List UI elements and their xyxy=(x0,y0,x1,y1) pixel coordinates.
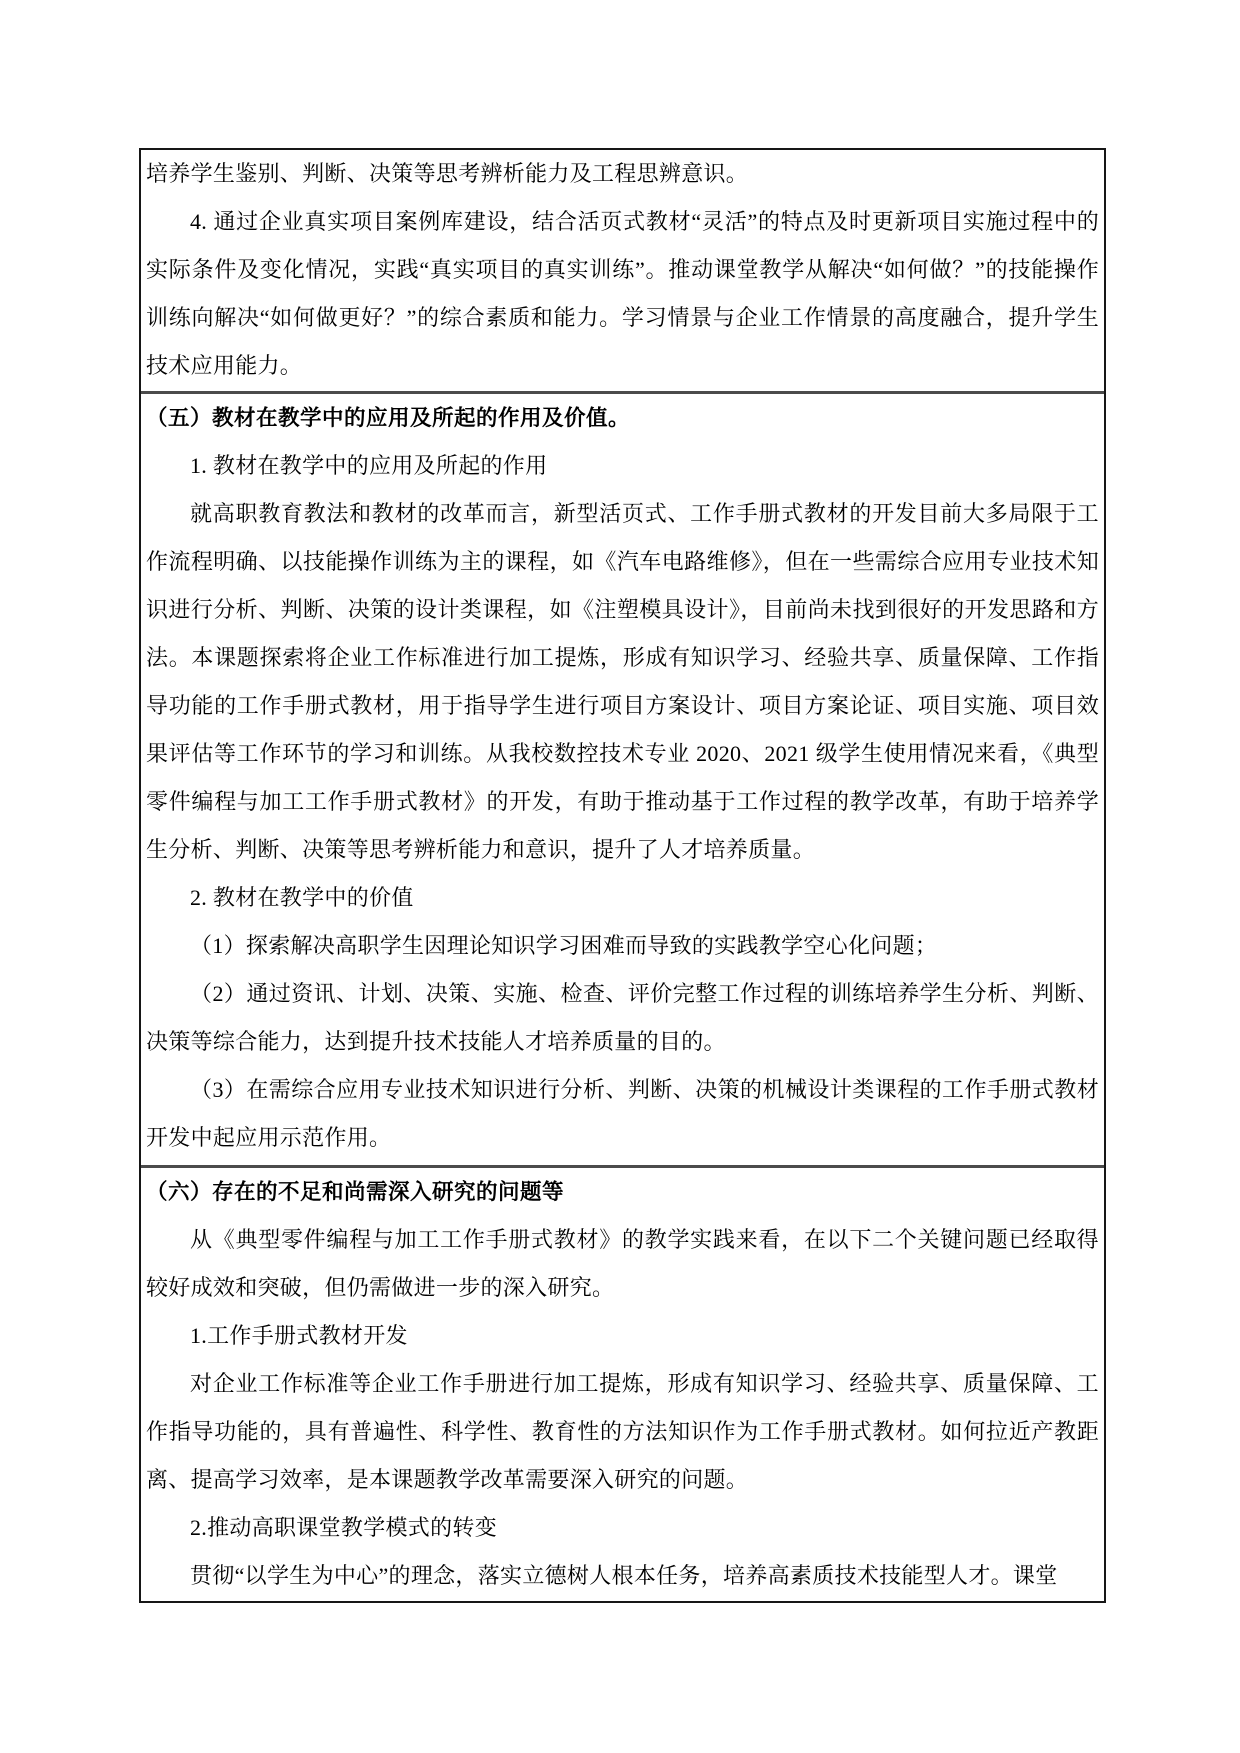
table-cell-section4-continuation: 培养学生鉴别、判断、决策等思考辨析能力及工程思辨意识。 4. 通过企业真实项目案… xyxy=(141,150,1104,391)
paragraph: 培养学生鉴别、判断、决策等思考辨析能力及工程思辨意识。 xyxy=(146,150,1099,198)
paragraph: （1）探索解决高职学生因理论知识学习困难而导致的实践教学空心化问题； xyxy=(146,922,1099,970)
paragraph: （3）在需综合应用专业技术知识进行分析、判断、决策的机械设计类课程的工作手册式教… xyxy=(146,1066,1099,1162)
paragraph: 对企业工作标准等企业工作手册进行加工提炼，形成有知识学习、经验共享、质量保障、工… xyxy=(146,1360,1099,1504)
table-cell-section5: （五）教材在教学中的应用及所起的作用及价值。 1. 教材在教学中的应用及所起的作… xyxy=(141,391,1104,1165)
paragraph: 2.推动高职课堂教学模式的转变 xyxy=(146,1504,1099,1552)
paragraph: 1. 教材在教学中的应用及所起的作用 xyxy=(146,442,1099,490)
paragraph: 4. 通过企业真实项目案例库建设，结合活页式教材“灵活”的特点及时更新项目实施过… xyxy=(146,198,1099,390)
section6-heading: （六）存在的不足和尚需深入研究的问题等 xyxy=(146,1168,1099,1216)
paragraph: 贯彻“以学生为中心”的理念，落实立德树人根本任务，培养高素质技术技能型人才。课堂 xyxy=(146,1552,1099,1600)
section5-heading: （五）教材在教学中的应用及所起的作用及价值。 xyxy=(146,394,1099,442)
paragraph: 就高职教育教法和教材的改革而言，新型活页式、工作手册式教材的开发目前大多局限于工… xyxy=(146,490,1099,874)
form-table: 培养学生鉴别、判断、决策等思考辨析能力及工程思辨意识。 4. 通过企业真实项目案… xyxy=(139,148,1106,1603)
paragraph: 1.工作手册式教材开发 xyxy=(146,1312,1099,1360)
document-page: 培养学生鉴别、判断、决策等思考辨析能力及工程思辨意识。 4. 通过企业真实项目案… xyxy=(0,0,1240,1753)
table-cell-section6: （六）存在的不足和尚需深入研究的问题等 从《典型零件编程与加工工作手册式教材》的… xyxy=(141,1165,1104,1601)
paragraph: 2. 教材在教学中的价值 xyxy=(146,874,1099,922)
paragraph: （2）通过资讯、计划、决策、实施、检查、评价完整工作过程的训练培养学生分析、判断… xyxy=(146,970,1099,1066)
paragraph: 从《典型零件编程与加工工作手册式教材》的教学实践来看，在以下二个关键问题已经取得… xyxy=(146,1216,1099,1312)
